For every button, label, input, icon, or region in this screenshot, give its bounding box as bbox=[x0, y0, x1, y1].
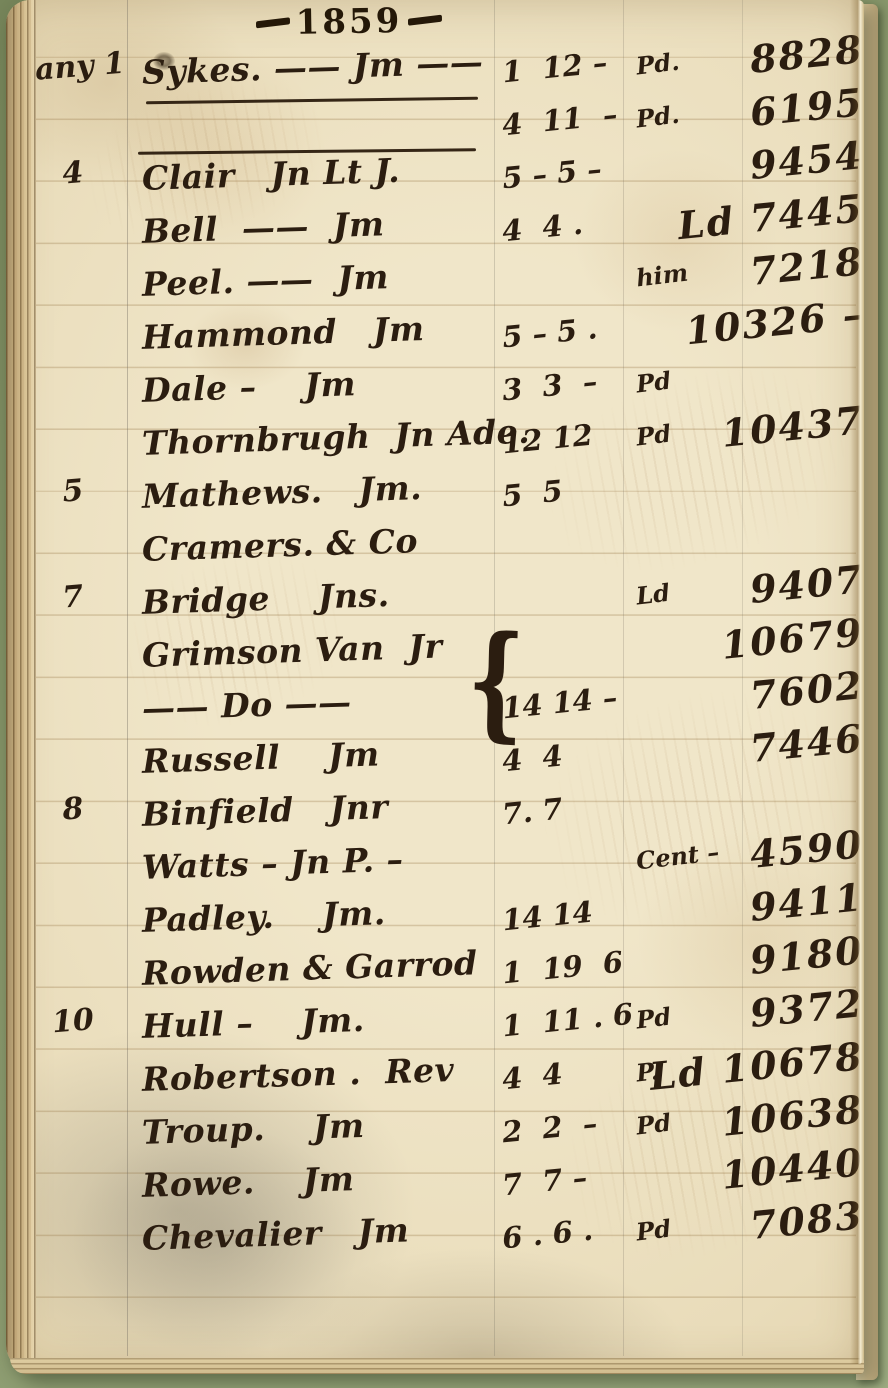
entry-amount: 4 4 bbox=[501, 1049, 644, 1096]
entry-name: Rowe. Jm bbox=[141, 1155, 502, 1205]
entry-name: Cramers. & Co bbox=[141, 519, 502, 569]
entry-name: Bridge Jns. bbox=[141, 572, 502, 622]
entry-name: Hammond Jm bbox=[141, 307, 502, 357]
entry-name: Watts – Jn P. – bbox=[141, 837, 502, 887]
entry-amount: 1 19 6 bbox=[501, 943, 644, 990]
entry-name: Binfield Jnr bbox=[141, 784, 502, 834]
entry-name: Chevalier Jm bbox=[141, 1208, 502, 1258]
entry-name: Peel. —— Jm bbox=[141, 254, 502, 304]
entry-amount: 5 – 5 – bbox=[501, 148, 644, 195]
entry-amount: 7 7 – bbox=[501, 1155, 644, 1202]
book-binding-edge bbox=[6, 0, 36, 1374]
entry-name: Mathews. Jm. bbox=[141, 466, 502, 516]
ledger-page: 1859 Jany 1 Sykes. —— Jm —— 1 12 – Pd. 8… bbox=[6, 0, 864, 1374]
ledger-row: Thornbrugh Jn Ade. 12 12 Pd 10437 bbox=[6, 413, 864, 474]
ink-blot bbox=[153, 52, 175, 70]
entries: Jany 1 Sykes. —— Jm —— 1 12 – Pd. 8828 4… bbox=[6, 0, 864, 1374]
ledger-row: Chevalier Jm 6 . 6 . Pd 7083 bbox=[6, 1208, 864, 1269]
entry-name: Hull – Jm. bbox=[141, 996, 502, 1046]
entry-name: Grimson Van Jr bbox=[141, 625, 502, 675]
page-bottom-edge bbox=[10, 1358, 864, 1374]
entry-name: Dale – Jm bbox=[141, 360, 502, 410]
entry-amount: 6 . 6 . bbox=[501, 1208, 644, 1255]
entry-amount: 7. 7 bbox=[501, 784, 644, 831]
entry-amount: 3 3 – bbox=[501, 360, 644, 407]
entry-amount: 14 14 bbox=[501, 890, 644, 937]
entry-amount: 1 11 . 6 bbox=[501, 996, 644, 1043]
page-right-edge bbox=[850, 0, 864, 1364]
entry-name: Clair Jn Lt J. bbox=[141, 148, 502, 198]
entry-name: Russell Jm bbox=[141, 731, 502, 781]
ledger-row: Russell Jm 4 4 7446 bbox=[6, 731, 864, 792]
entry-amount: 2 2 – bbox=[501, 1102, 644, 1149]
entry-amount: 5 5 bbox=[501, 466, 644, 513]
entry-name: —— Do —— bbox=[141, 678, 502, 728]
entry-amount: 4 4 . bbox=[501, 201, 644, 248]
ledger-photo: 1859 Jany 1 Sykes. —— Jm —— 1 12 – Pd. 8… bbox=[0, 0, 888, 1388]
entry-name: Troup. Jm bbox=[141, 1102, 502, 1152]
entry-name: Sykes. —— Jm —— bbox=[141, 42, 502, 92]
entry-amount: 4 11 – bbox=[501, 95, 644, 142]
entry-amount: 5 – 5 . bbox=[501, 307, 644, 354]
entry-name: Thornbrugh Jn Ade. bbox=[141, 413, 502, 463]
ledger-row: 5 Mathews. Jm. 5 5 bbox=[6, 466, 864, 527]
entry-name: Bell —— Jm bbox=[141, 201, 502, 251]
entry-paid-mark: Pd bbox=[635, 357, 746, 398]
grouping-brace-ink: { bbox=[466, 618, 526, 745]
entry-amount: 1 12 – bbox=[501, 42, 644, 89]
entry-name: Padley. Jm. bbox=[141, 890, 502, 940]
entry-name: Rowden & Garrod bbox=[141, 943, 502, 993]
entry-name: Robertson . Rev bbox=[141, 1049, 502, 1099]
